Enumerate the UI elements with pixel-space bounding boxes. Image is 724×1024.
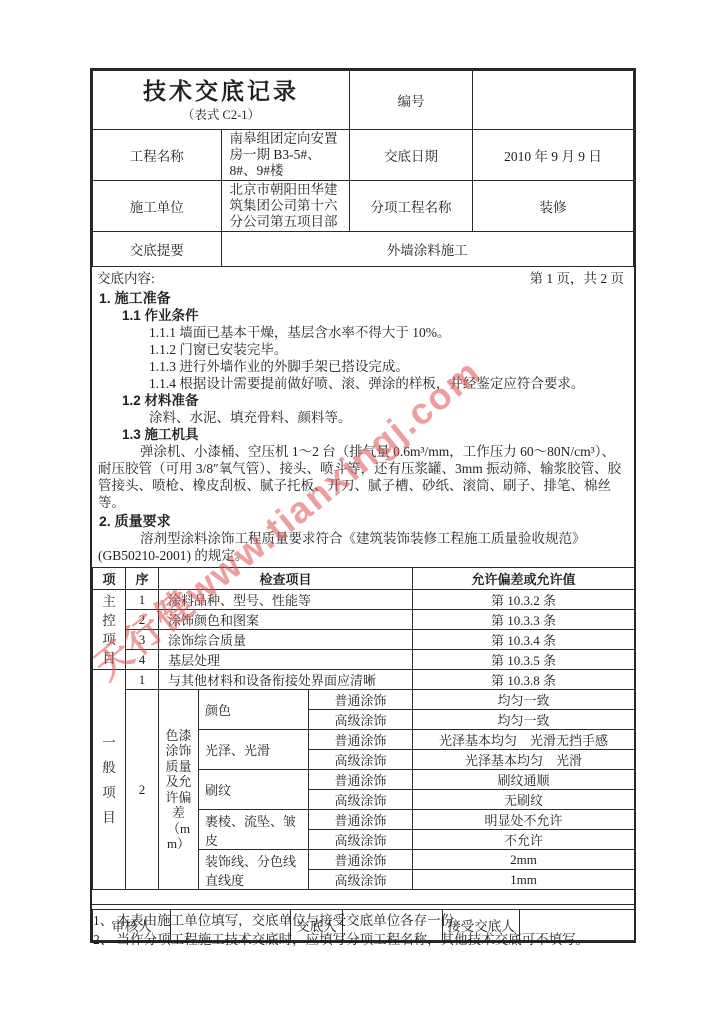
- summary-label: 交底提要: [93, 232, 222, 267]
- sub-item-name: 光泽、光滑: [199, 730, 309, 770]
- header-table: 技术交底记录 （表式 C2-1） 编号 工程名称 南皋组团定向安置房一期 B3-…: [92, 70, 634, 267]
- seq-cell: 4: [126, 650, 159, 670]
- grade-cell: 高级涂饰: [309, 830, 413, 850]
- subsection-heading: 1.1 作业条件: [92, 307, 634, 324]
- document-title: 技术交底记录: [97, 78, 345, 104]
- title-cell: 技术交底记录 （表式 C2-1）: [93, 71, 350, 130]
- project-label: 工程名称: [93, 130, 222, 181]
- table-row: 3 涂饰综合质量 第 10.3.4 条: [93, 630, 635, 650]
- sub-item-name: 裹棱、流坠、皱皮: [199, 810, 309, 850]
- project-value: 南皋组团定向安置房一期 B3-5#、8#、9#楼: [221, 130, 350, 181]
- subproject-value: 装修: [473, 181, 634, 232]
- seq-cell: 3: [126, 630, 159, 650]
- value-cell: 第 10.3.2 条: [413, 590, 635, 610]
- project-row: 工程名称 南皋组团定向安置房一期 B3-5#、8#、9#楼 交底日期 2010 …: [93, 130, 634, 181]
- sub-item-name: 颜色: [199, 690, 309, 730]
- grade-cell: 高级涂饰: [309, 790, 413, 810]
- value-cell: 2mm: [413, 850, 635, 870]
- content-label: 交底内容:: [97, 270, 155, 288]
- seq-cell: 1: [126, 670, 159, 690]
- grade-cell: 普通涂饰: [309, 730, 413, 750]
- summary-row: 交底提要 外墙涂料施工: [93, 232, 634, 267]
- body-line: 1.1.1 墙面已基本干燥，基层含水率不得大于 10%。: [92, 324, 634, 341]
- check-item: 涂饰综合质量: [159, 630, 413, 650]
- unit-value: 北京市朝阳田华建筑集团公司第十六分公司第五项目部: [221, 181, 350, 232]
- seq-cell: 2: [126, 690, 159, 890]
- unit-row: 施工单位 北京市朝阳田华建筑集团公司第十六分公司第五项目部 分项工程名称 装修: [93, 181, 634, 232]
- check-item: 基层处理: [159, 650, 413, 670]
- value-cell: 第 10.3.8 条: [413, 670, 635, 690]
- value-cell: 1mm: [413, 870, 635, 890]
- value-cell: 第 10.3.3 条: [413, 610, 635, 630]
- value-cell: 光泽基本均匀 光滑: [413, 750, 635, 770]
- quality-header-row: 项 序 检查项目 允许偏差或允许值: [93, 568, 635, 590]
- value-cell: 光泽基本均匀 光滑无挡手感: [413, 730, 635, 750]
- quality-table: 项 序 检查项目 允许偏差或允许值 主控项目 1 涂料品种、型号、性能等 第 1…: [92, 567, 635, 890]
- subsection-heading: 1.2 材料准备: [92, 392, 634, 409]
- value-cell: 明显处不允许: [413, 810, 635, 830]
- value-cell: 均匀一致: [413, 690, 635, 710]
- content-topline: 交底内容: 第 1 页，共 2 页: [92, 270, 634, 288]
- table-row: 4 基层处理 第 10.3.5 条: [93, 650, 635, 670]
- grade-cell: 普通涂饰: [309, 810, 413, 830]
- grade-cell: 普通涂饰: [309, 850, 413, 870]
- sub-item-name: 刷纹: [199, 770, 309, 810]
- col-header-value: 允许偏差或允许值: [413, 568, 635, 590]
- content-box: 交底内容: 第 1 页，共 2 页 1. 施工准备 1.1 作业条件 1.1.1…: [92, 267, 634, 905]
- value-cell: 均匀一致: [413, 710, 635, 730]
- number-label: 编号: [350, 71, 473, 130]
- summary-value: 外墙涂料施工: [221, 232, 634, 267]
- section-heading: 2. 质量要求: [92, 513, 634, 530]
- main-group-label: 主控项目: [93, 590, 126, 670]
- section-heading: 1. 施工准备: [92, 290, 634, 307]
- deviation-category-label: 色漆涂饰质量及允许偏差（mm）: [159, 690, 199, 890]
- date-label: 交底日期: [350, 130, 473, 181]
- grade-cell: 普通涂饰: [309, 770, 413, 790]
- value-cell: 第 10.3.4 条: [413, 630, 635, 650]
- check-item: 涂料品种、型号、性能等: [159, 590, 413, 610]
- table-row: 2 色漆涂饰质量及允许偏差（mm） 颜色 普通涂饰 均匀一致: [93, 690, 635, 710]
- table-row: 2 涂饰颜色和图案 第 10.3.3 条: [93, 610, 635, 630]
- col-header-seq: 序: [126, 568, 159, 590]
- subsection-heading: 1.3 施工机具: [92, 426, 634, 443]
- value-cell: 无刷纹: [413, 790, 635, 810]
- body-line: 涂料、水泥、填充骨料、颜料等。: [92, 409, 634, 426]
- body-line: 1.1.4 根据设计需要提前做好喷、滚、弹涂的样板，并经鉴定应符合要求。: [92, 375, 634, 392]
- footnotes: 1、 本表由施工单位填写，交底单位与接受交底单位各存一份。 2、 当作分项工程施…: [93, 911, 653, 949]
- value-cell: 第 10.3.5 条: [413, 650, 635, 670]
- page-indicator: 第 1 页，共 2 页: [530, 270, 625, 288]
- unit-label: 施工单位: [93, 181, 222, 232]
- col-header-check: 检查项目: [159, 568, 413, 590]
- form-sheet: 技术交底记录 （表式 C2-1） 编号 工程名称 南皋组团定向安置房一期 B3-…: [90, 68, 636, 943]
- body-paragraph: 溶剂型涂料涂饰工程质量要求符合《建筑装饰装修工程施工质量验收规范》(GB5021…: [92, 530, 634, 564]
- seq-cell: 2: [126, 610, 159, 630]
- title-row: 技术交底记录 （表式 C2-1） 编号: [93, 71, 634, 130]
- seq-cell: 1: [126, 590, 159, 610]
- body-line: 1.1.2 门窗已安装完毕。: [92, 341, 634, 358]
- table-row: 主控项目 1 涂料品种、型号、性能等 第 10.3.2 条: [93, 590, 635, 610]
- col-header-item: 项: [93, 568, 126, 590]
- sub-item-name: 装饰线、分色线直线度: [199, 850, 309, 890]
- date-value: 2010 年 9 月 9 日: [473, 130, 634, 181]
- footnote-line: 2、 当作分项工程施工技术交底时，应填写分项工程名称，其他技术交底可不填写。: [93, 930, 653, 949]
- value-cell: 刷纹通顺: [413, 770, 635, 790]
- check-item: 涂饰颜色和图案: [159, 610, 413, 630]
- body-line: 1.1.3 进行外墙作业的外脚手架已搭设完成。: [92, 358, 634, 375]
- document-page: 天行健www.tianxingj.com 技术交底记录 （表式 C2-1） 编号…: [0, 0, 724, 1024]
- number-value: [473, 71, 634, 130]
- value-cell: 不允许: [413, 830, 635, 850]
- grade-cell: 高级涂饰: [309, 750, 413, 770]
- grade-cell: 高级涂饰: [309, 710, 413, 730]
- subproject-label: 分项工程名称: [350, 181, 473, 232]
- grade-cell: 高级涂饰: [309, 870, 413, 890]
- document-subtitle: （表式 C2-1）: [97, 105, 345, 123]
- body-paragraph: 弹涂机、小漆桶、空压机 1～2 台（排气量 0.6m³/mm，工作压力 60～8…: [92, 443, 634, 511]
- table-row: 一般项目 1 与其他材料和设备衔接处界面应清晰 第 10.3.8 条: [93, 670, 635, 690]
- general-group-label: 一般项目: [93, 670, 126, 890]
- footnote-line: 1、 本表由施工单位填写，交底单位与接受交底单位各存一份。: [93, 911, 653, 930]
- check-item: 与其他材料和设备衔接处界面应清晰: [159, 670, 413, 690]
- grade-cell: 普通涂饰: [309, 690, 413, 710]
